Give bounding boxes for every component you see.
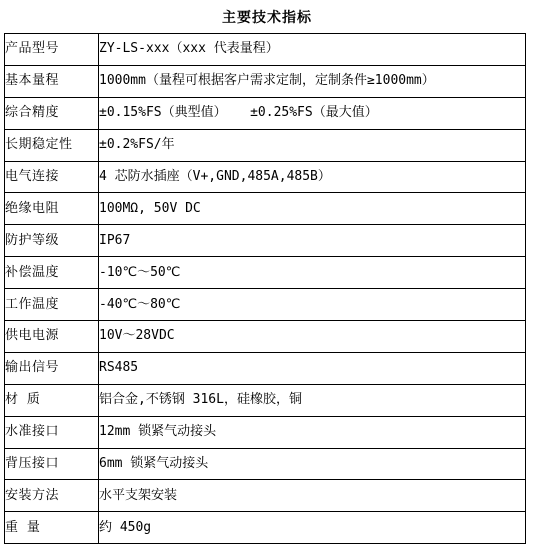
spec-value: 水平支架安装: [99, 480, 526, 512]
spec-value: 100MΩ, 50V DC: [99, 193, 526, 225]
spec-value: 铝合金,不锈钢 316L，硅橡胶，铜: [99, 384, 526, 416]
spec-row: 电气连接4 芯防水插座（V+,GND,485A,485B）: [5, 161, 526, 193]
spec-row: 防护等级IP67: [5, 225, 526, 257]
spec-label: 工作温度: [5, 289, 99, 321]
spec-row: 材 质铝合金,不锈钢 316L，硅橡胶，铜: [5, 384, 526, 416]
spec-value: 12mm 锁紧气动接头: [99, 416, 526, 448]
spec-value: ±0.2%FS/年: [99, 129, 526, 161]
spec-label: 重 量: [5, 512, 99, 544]
spec-label: 水准接口: [5, 416, 99, 448]
page-title: 主要技术指标: [0, 0, 534, 27]
spec-row: 长期稳定性±0.2%FS/年: [5, 129, 526, 161]
spec-row: 背压接口6mm 锁紧气动接头: [5, 448, 526, 480]
spec-label: 电气连接: [5, 161, 99, 193]
spec-row: 基本量程1000mm（量程可根据客户需求定制，定制条件≥1000mm）: [5, 65, 526, 97]
spec-label: 产品型号: [5, 34, 99, 66]
spec-row: 水准接口12mm 锁紧气动接头: [5, 416, 526, 448]
spec-row: 补偿温度-10℃～50℃: [5, 257, 526, 289]
spec-value: IP67: [99, 225, 526, 257]
spec-label: 输出信号: [5, 352, 99, 384]
spec-label: 防护等级: [5, 225, 99, 257]
spec-label: 基本量程: [5, 65, 99, 97]
spec-label: 供电电源: [5, 321, 99, 353]
spec-row: 综合精度±0.15%FS（典型值） ±0.25%FS（最大值）: [5, 97, 526, 129]
spec-label: 补偿温度: [5, 257, 99, 289]
spec-row: 重 量约 450g: [5, 512, 526, 544]
spec-label: 背压接口: [5, 448, 99, 480]
spec-value: 1000mm（量程可根据客户需求定制，定制条件≥1000mm）: [99, 65, 526, 97]
spec-row: 供电电源10V～28VDC: [5, 321, 526, 353]
spec-table-body: 产品型号ZY-LS-xxx（xxx 代表量程）基本量程1000mm（量程可根据客…: [5, 34, 526, 544]
spec-value: -10℃～50℃: [99, 257, 526, 289]
spec-row: 工作温度-40℃～80℃: [5, 289, 526, 321]
spec-row: 绝缘电阻100MΩ, 50V DC: [5, 193, 526, 225]
spec-label: 长期稳定性: [5, 129, 99, 161]
spec-table: 产品型号ZY-LS-xxx（xxx 代表量程）基本量程1000mm（量程可根据客…: [4, 33, 526, 544]
spec-value: -40℃～80℃: [99, 289, 526, 321]
spec-value: 10V～28VDC: [99, 321, 526, 353]
spec-value: 6mm 锁紧气动接头: [99, 448, 526, 480]
spec-value: RS485: [99, 352, 526, 384]
spec-label: 材 质: [5, 384, 99, 416]
spec-value: ZY-LS-xxx（xxx 代表量程）: [99, 34, 526, 66]
spec-label: 综合精度: [5, 97, 99, 129]
spec-row: 输出信号RS485: [5, 352, 526, 384]
spec-value: 4 芯防水插座（V+,GND,485A,485B）: [99, 161, 526, 193]
spec-row: 安装方法水平支架安装: [5, 480, 526, 512]
spec-label: 绝缘电阻: [5, 193, 99, 225]
spec-label: 安装方法: [5, 480, 99, 512]
spec-value: ±0.15%FS（典型值） ±0.25%FS（最大值）: [99, 97, 526, 129]
spec-value: 约 450g: [99, 512, 526, 544]
spec-row: 产品型号ZY-LS-xxx（xxx 代表量程）: [5, 34, 526, 66]
